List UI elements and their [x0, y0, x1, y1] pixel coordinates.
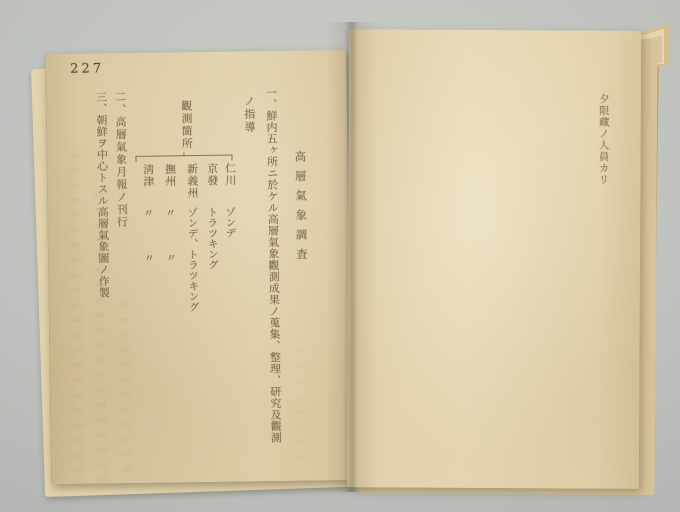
list-item-1-continuation: ノ指導	[242, 95, 257, 134]
scanned-book-photo: 227 高層氣象調査 一、鮮内五ヶ所ニ於ケル高層氣象觀測成果ノ蒐集、整理、研究及…	[0, 0, 680, 512]
station-equipment: ゾンデ	[223, 206, 237, 238]
station-equipment: トラツキング	[205, 207, 220, 270]
station-name-keihatsu: 京發	[205, 163, 219, 187]
bleed-through-marks	[119, 303, 131, 483]
ditto-mark: 〃	[163, 207, 177, 218]
list-item-1: 一、鮮内五ヶ所ニ於ケル高層氣象觀測成果ノ蒐集、整理、研究及觀測	[263, 87, 282, 444]
right-page: 夕限藏ノ人員カリ	[347, 29, 641, 489]
bracket-tick	[183, 152, 184, 156]
station-name-seishin: 淸津	[141, 164, 155, 188]
ditto-mark: 〃	[164, 252, 178, 263]
ditto-mark: 〃	[142, 253, 156, 264]
page-number: 227	[70, 61, 104, 76]
observation-sites-bracket	[135, 155, 232, 163]
section-title: 高層氣象調査	[293, 150, 309, 267]
list-item-2: 二、高層氣象月報ノ刊行	[113, 91, 129, 229]
list-item-3: 三、朝鮮ヲ中心トスル高層氣象圖ノ作製	[94, 91, 111, 298]
station-name-shingishu: 新義州	[185, 163, 200, 199]
station-name-bushu: 撫州	[163, 163, 177, 187]
observation-sites-label: 觀測箇所	[179, 100, 194, 150]
station-name-incheon: 仁川	[223, 162, 237, 186]
bleed-through-marks	[69, 154, 83, 484]
left-page: 227 高層氣象調査 一、鮮内五ヶ所ニ於ケル高層氣象觀測成果ノ蒐集、整理、研究及…	[45, 50, 352, 484]
right-page-edge-text: 夕限藏ノ人員カリ	[596, 94, 610, 186]
bleed-through-marks	[296, 351, 307, 471]
station-equipment: ゾンデ、トラツキング	[185, 207, 200, 312]
ditto-mark: 〃	[141, 208, 155, 219]
open-book: 227 高層氣象調査 一、鮮内五ヶ所ニ於ケル高層氣象觀測成果ノ蒐集、整理、研究及…	[30, 22, 658, 492]
